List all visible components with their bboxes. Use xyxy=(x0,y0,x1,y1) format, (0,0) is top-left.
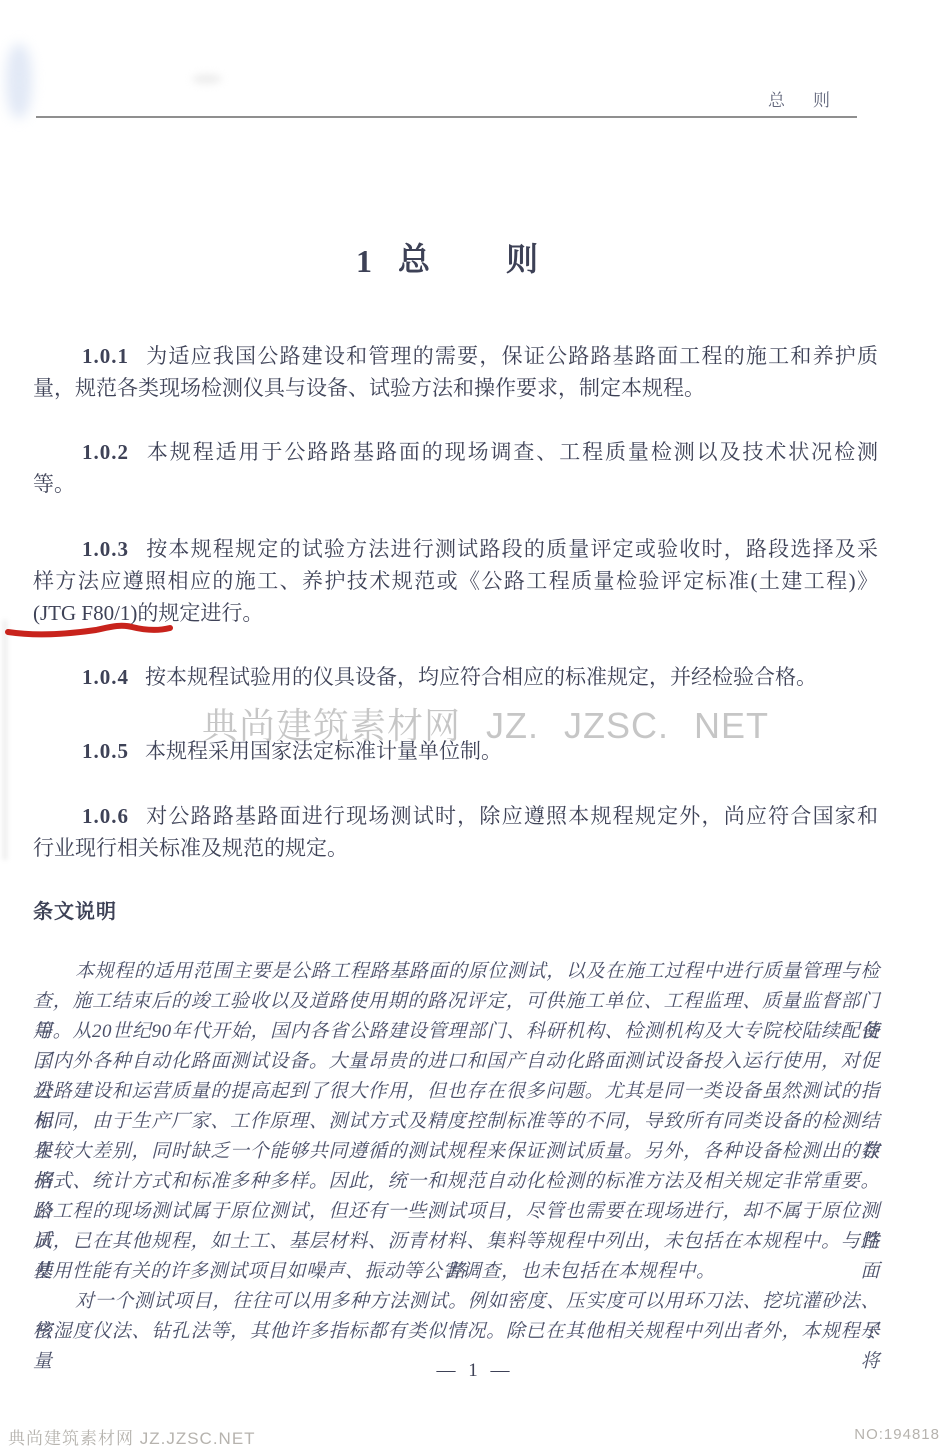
page-number: — 1 — xyxy=(0,1360,950,1382)
scanned-document-page: 总 则 1 总 则 1.0.1为适应我国公路建设和管理的需要，保证公路路基路面工… xyxy=(0,0,950,1447)
footer-watermark: 典尚建筑素材网 JZ.JZSC.NET xyxy=(8,1424,256,1447)
clause-1-0-6: 1.0.6对公路路基路面进行现场测试时，除应遵照本规程规定外，尚应符合国家和 行… xyxy=(33,800,878,864)
clause-number: 1.0.1 xyxy=(82,344,145,368)
chapter-number: 1 xyxy=(356,243,372,280)
clause-text: 对公路路基路面进行现场测试时，除应遵照本规程规定外，尚应符合国家和 xyxy=(145,804,878,828)
clause-1-0-4: 1.0.4按本规程试验用的仪具设备，均应符合相应的标准规定，并经检验合格。 xyxy=(33,661,878,693)
clause-number: 1.0.6 xyxy=(82,804,145,828)
commentary-line: 查，施工结束后的竣工验收以及道路使用期的路况评定，可供施工单位、工程监理、质量监… xyxy=(33,987,880,1017)
chapter-title-char: 则 xyxy=(506,234,538,280)
clause-number: 1.0.2 xyxy=(82,440,145,464)
header-rule xyxy=(36,116,857,118)
clause-number: 1.0.4 xyxy=(82,665,145,689)
site-watermark: 典尚建筑素材网 JZ. JZSC. NET xyxy=(202,698,769,749)
clause-text: 本规程适用于公路路基路面的现场调查、工程质量检测以及技术状况检测 xyxy=(145,440,878,464)
chapter-title: 1 总 则 xyxy=(356,234,538,280)
commentary-line: 对一个测试项目，往往可以用多种方法测试。例如密度、压实度可以用环刀法、挖坑灌砂法… xyxy=(33,1287,880,1317)
running-header-title: 总 则 xyxy=(768,86,830,111)
commentary-line: 相同，由于生产厂家、工作原理、测试方式及精度控制标准等的不同，导致所有同类设备的… xyxy=(33,1107,880,1137)
running-header-char: 则 xyxy=(813,86,830,111)
clause-1-0-2: 1.0.2本规程适用于公路路基路面的现场调查、工程质量检测以及技术状况检测 等。 xyxy=(33,436,878,500)
commentary-line: 公路建设和运营质量的提高起到了很大作用，但也存在很多问题。尤其是同一类设备虽然测… xyxy=(33,1077,880,1107)
commentary-line: 路工程的现场测试属于原位测试，但还有一些测试项目，尽管也需要在现场进行，却不属于… xyxy=(33,1197,880,1227)
chapter-title-char: 总 xyxy=(398,234,430,280)
clause-text: 为适应我国公路建设和管理的需要，保证公路路基路面工程的施工和养护质 xyxy=(145,344,878,368)
commentary-line: 质，已在其他规程，如土工、基层材料、沥青材料、集料等规程中列出，未包括在本规程中… xyxy=(33,1227,880,1257)
commentary-line: 格式、统计方式和标准多种多样。因此，统一和规范自动化检测的标准方法及相关规定非常… xyxy=(33,1167,880,1197)
commentary-line: 用。从20世纪90年代开始，国内各省公路建设管理部门、科研机构、检测机构及大专院… xyxy=(33,1017,880,1047)
clause-line: 量，规范各类现场检测仪具与设备、试验方法和操作要求，制定本规程。 xyxy=(33,372,878,404)
commentary-line: 密湿度仪法、钻孔法等，其他许多指标都有类似情况。除已在其他相关规程中列出者外，本… xyxy=(33,1317,880,1347)
commentary-heading: 条文说明 xyxy=(33,895,117,924)
scan-artifact-gray-smudge xyxy=(192,74,222,84)
commentary-block: 本规程的适用范围主要是公路工程路基路面的原位测试，以及在施工过程中进行质量管理与… xyxy=(33,957,880,1347)
scan-artifact-left-streak xyxy=(2,620,8,860)
running-header-char: 总 xyxy=(768,86,785,111)
clause-text: 按本规程规定的试验方法进行测试路段的质量评定或验收时，路段选择及采 xyxy=(145,537,878,561)
clause-number: 1.0.3 xyxy=(82,537,145,561)
clause-1-0-3: 1.0.3按本规程规定的试验方法进行测试路段的质量评定或验收时，路段选择及采 样… xyxy=(33,533,878,629)
clause-line: 1.0.2本规程适用于公路路基路面的现场调查、工程质量检测以及技术状况检测 xyxy=(33,436,878,468)
clause-line: 等。 xyxy=(33,468,878,500)
clause-line: 1.0.1为适应我国公路建设和管理的需要，保证公路路基路面工程的施工和养护质 xyxy=(33,340,878,372)
commentary-line: 国内外各种自动化路面测试设备。大量昂贵的进口和国产自动化路面测试设备投入运行使用… xyxy=(33,1047,880,1077)
document-number: NO:194818 xyxy=(854,1426,940,1443)
clause-line: 行业现行相关标准及规范的规定。 xyxy=(33,832,878,864)
hand-drawn-red-underline xyxy=(4,620,180,642)
clause-text: 按本规程试验用的仪具设备，均应符合相应的标准规定，并经检验合格。 xyxy=(145,665,817,689)
commentary-line: 本规程的适用范围主要是公路工程路基路面的原位测试，以及在施工过程中进行质量管理与… xyxy=(33,957,880,987)
commentary-line: 在较大差别，同时缺乏一个能够共同遵循的测试规程来保证测试质量。另外，各种设备检测… xyxy=(33,1137,880,1167)
clause-number: 1.0.5 xyxy=(82,739,145,763)
clause-line: 样方法应遵照相应的施工、养护技术规范或《公路工程质量检验评定标准(土建工程)》 xyxy=(33,565,878,597)
clause-line: 1.0.3按本规程规定的试验方法进行测试路段的质量评定或验收时，路段选择及采 xyxy=(33,533,878,565)
clause-line: 1.0.6对公路路基路面进行现场测试时，除应遵照本规程规定外，尚应符合国家和 xyxy=(33,800,878,832)
scan-artifact-blue-smudge xyxy=(6,44,32,118)
clause-1-0-1: 1.0.1为适应我国公路建设和管理的需要，保证公路路基路面工程的施工和养护质 量… xyxy=(33,340,878,404)
clause-line: 1.0.4按本规程试验用的仪具设备，均应符合相应的标准规定，并经检验合格。 xyxy=(33,661,878,693)
